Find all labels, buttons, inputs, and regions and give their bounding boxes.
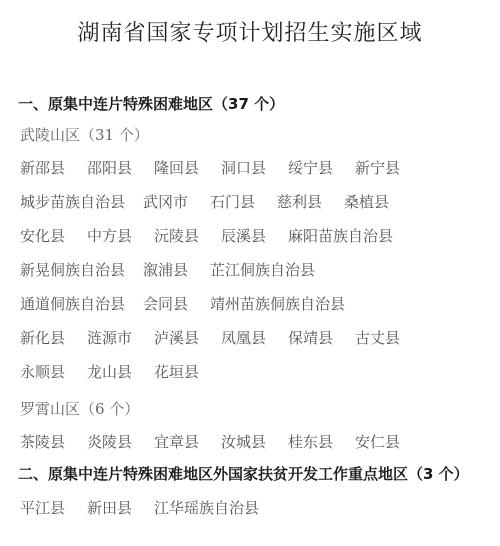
county-item: 石门县 xyxy=(210,191,259,212)
county-item: 安化县 xyxy=(20,225,69,246)
county-item: 平江县 xyxy=(20,497,69,518)
county-item: 新宁县 xyxy=(355,157,404,178)
county-item: 新晃侗族自治县 xyxy=(20,259,125,280)
county-item: 芷江侗族自治县 xyxy=(210,259,315,280)
county-item: 辰溪县 xyxy=(221,225,270,246)
county-item: 新邵县 xyxy=(20,157,69,178)
county-row: 城步苗族自治县武冈市石门县慈利县桑植县 xyxy=(20,191,411,212)
county-row: 新晃侗族自治县溆浦县芷江侗族自治县 xyxy=(20,259,333,280)
county-item: 靖州苗族侗族自治县 xyxy=(210,293,345,314)
county-row: 茶陵县炎陵县宜章县汝城县桂东县安仁县 xyxy=(20,431,422,452)
region-label-luoxiao: 罗霄山区（6 个） xyxy=(20,398,139,419)
county-item: 桂东县 xyxy=(288,431,337,452)
county-row: 新邵县邵阳县隆回县洞口县绥宁县新宁县 xyxy=(20,157,422,178)
county-row: 安化县中方县沅陵县辰溪县麻阳苗族自治县 xyxy=(20,225,411,246)
county-item: 凤凰县 xyxy=(221,327,270,348)
county-item: 麻阳苗族自治县 xyxy=(288,225,393,246)
county-item: 桑植县 xyxy=(344,191,393,212)
county-item: 泸溪县 xyxy=(154,327,203,348)
county-item: 会同县 xyxy=(143,293,192,314)
county-item: 汝城县 xyxy=(221,431,270,452)
county-item: 洞口县 xyxy=(221,157,270,178)
county-item: 永顺县 xyxy=(20,361,69,382)
county-item: 保靖县 xyxy=(288,327,337,348)
county-item: 通道侗族自治县 xyxy=(20,293,125,314)
county-row: 平江县新田县江华瑶族自治县 xyxy=(20,497,277,518)
county-item: 涟源市 xyxy=(87,327,136,348)
county-item: 隆回县 xyxy=(154,157,203,178)
county-item: 武冈市 xyxy=(143,191,192,212)
county-item: 新化县 xyxy=(20,327,69,348)
county-item: 花垣县 xyxy=(154,361,203,382)
section-heading-2: 二、原集中连片特殊困难地区外国家扶贫开发工作重点地区（3 个） xyxy=(18,463,469,484)
county-item: 慈利县 xyxy=(277,191,326,212)
county-item: 新田县 xyxy=(87,497,136,518)
county-item: 溆浦县 xyxy=(143,259,192,280)
county-item: 茶陵县 xyxy=(20,431,69,452)
county-item: 江华瑶族自治县 xyxy=(154,497,259,518)
county-row: 通道侗族自治县会同县靖州苗族侗族自治县 xyxy=(20,293,363,314)
county-item: 沅陵县 xyxy=(154,225,203,246)
county-item: 中方县 xyxy=(87,225,136,246)
county-item: 古丈县 xyxy=(355,327,404,348)
county-item: 宜章县 xyxy=(154,431,203,452)
page-title: 湖南省国家专项计划招生实施区域 xyxy=(0,16,500,47)
county-row: 永顺县龙山县花垣县 xyxy=(20,361,221,382)
county-item: 城步苗族自治县 xyxy=(20,191,125,212)
county-item: 安仁县 xyxy=(355,431,404,452)
county-row: 新化县涟源市泸溪县凤凰县保靖县古丈县 xyxy=(20,327,422,348)
region-label-wuling: 武陵山区（31 个） xyxy=(20,124,149,145)
section-heading-1: 一、原集中连片特殊困难地区（37 个） xyxy=(18,93,284,114)
county-item: 炎陵县 xyxy=(87,431,136,452)
county-item: 绥宁县 xyxy=(288,157,337,178)
county-item: 邵阳县 xyxy=(87,157,136,178)
county-item: 龙山县 xyxy=(87,361,136,382)
